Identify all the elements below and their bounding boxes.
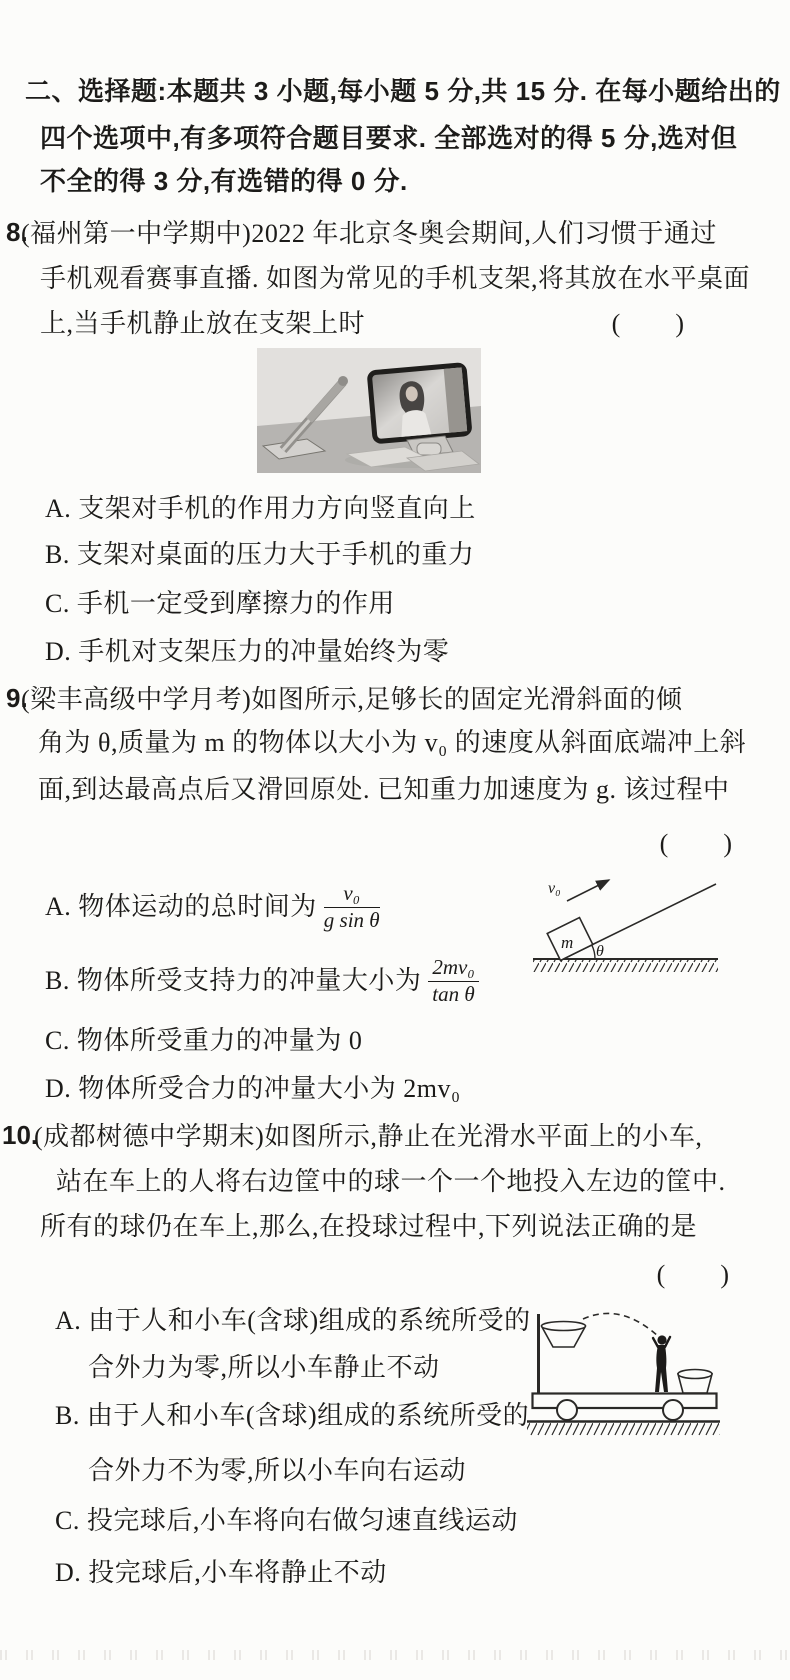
right-basket-rim: [678, 1370, 712, 1379]
q8-option-a-label: A.: [45, 494, 71, 524]
q10-option-a-label: A.: [55, 1306, 81, 1336]
q9-option-b-text: 物体所受支持力的冲量大小为: [77, 966, 422, 996]
q10-stem-line-3: 所有的球仍在车上,那么,在投球过程中,下列说法正确的是: [40, 1212, 697, 1242]
q10-option-a-text: 由于人和小车(含球)组成的系统所受的: [88, 1306, 530, 1336]
theta-arc: [592, 945, 595, 959]
q9-option-a-text: 物体运动的总时间为: [78, 892, 317, 922]
q10-option-a-text-2: 合外力为零,所以小车静止不动: [88, 1353, 440, 1383]
section-header-line-3: 不全的得 3 分,有选错的得 0 分.: [40, 167, 408, 197]
q8-option-d: D. 手机对支架压力的冲量始终为零: [45, 637, 449, 667]
q8-option-c-label: C.: [45, 589, 70, 619]
q8-stem-line-1: (福州第一中学期中)2022 年北京冬奥会期间,人们习惯于通过: [21, 219, 717, 249]
block-mass-label: m: [561, 933, 573, 952]
q9-option-b: B. 物体所受支持力的冲量大小为 2mv₀ tan θ: [45, 952, 479, 1010]
q9-option-d-label: D.: [45, 1074, 71, 1104]
v0-arrow: [567, 880, 609, 901]
q9-option-c-text: 物体所受重力的冲量为 0: [77, 1026, 363, 1056]
q10-option-c-text: 投完球后,小车将向右做匀速直线运动: [87, 1506, 518, 1536]
q9-option-d: D. 物体所受合力的冲量大小为 2mv₀: [45, 1074, 461, 1104]
q8-option-b-label: B.: [45, 540, 70, 570]
q9-option-c-label: C.: [45, 1026, 70, 1056]
q10-cart-figure: [523, 1306, 725, 1438]
q9-option-c: C. 物体所受重力的冲量为 0: [45, 1026, 362, 1056]
stand-hinge: [338, 376, 348, 386]
q8-phone-stand-photo: [257, 348, 481, 473]
right-basket: [678, 1374, 712, 1393]
person-arm-left: [653, 1338, 658, 1347]
q8-option-a-text: 支架对手机的作用力方向竖直向上: [78, 494, 476, 524]
q8-option-a: A. 支架对手机的作用力方向竖直向上: [45, 494, 476, 524]
left-basket-rim: [542, 1322, 586, 1331]
q8-option-c: C. 手机一定受到摩擦力的作用: [45, 589, 395, 619]
q10-option-b-line-2: 合外力不为零,所以小车向右运动: [88, 1456, 466, 1486]
q8-answer-bracket: ( ): [612, 309, 685, 339]
v0-label: v₀: [548, 880, 561, 897]
q10-stem-line-2: 站在车上的人将右边筐中的球一个一个地投入左边的筐中.: [56, 1167, 726, 1197]
q9-stem-line-3: 面,到达最高点后又滑回原处. 已知重力加速度为 g. 该过程中: [38, 775, 730, 805]
person-head: [657, 1335, 666, 1344]
q10-option-d-label: D.: [55, 1558, 81, 1588]
person-throwing: [653, 1335, 670, 1392]
q9-option-a-label: A.: [45, 892, 71, 922]
q10-option-a-line-1: A. 由于人和小车(含球)组成的系统所受的: [55, 1306, 531, 1336]
block: [547, 918, 593, 961]
cart-wheel-right: [663, 1400, 683, 1420]
q8-option-d-text: 手机对支架压力的冲量始终为零: [78, 637, 449, 667]
ground-hatch: [527, 1423, 720, 1436]
q9-incline-figure: m v₀ θ: [490, 855, 735, 973]
fraction-numerator: 2mv₀: [428, 956, 478, 982]
stand-roller: [417, 443, 441, 455]
q10-option-b-text: 由于人和小车(含球)组成的系统所受的: [87, 1401, 529, 1431]
exam-page: { "colors": { "ink": "#1c1b19", "paper":…: [0, 0, 790, 1680]
q10-option-b-line-1: B. 由于人和小车(含球)组成的系统所受的: [55, 1401, 529, 1431]
q8-option-b: B. 支架对桌面的压力大于手机的重力: [45, 540, 474, 570]
left-basket-funnel: [542, 1327, 585, 1347]
q10-option-d: D. 投完球后,小车将静止不动: [55, 1558, 387, 1588]
cart-wheel-left: [557, 1400, 577, 1420]
ground-hatch: [533, 960, 718, 972]
q9-option-a-fraction: v₀ g sin θ: [324, 882, 380, 932]
q10-number: 10.: [2, 1121, 38, 1151]
q8-option-b-text: 支架对桌面的压力大于手机的重力: [77, 540, 475, 570]
fraction-denominator: g sin θ: [324, 908, 380, 933]
q10-stem-line-1: (成都树德中学期末)如图所示,静止在光滑水平面上的小车,: [34, 1122, 702, 1152]
q9-option-a: A. 物体运动的总时间为 v₀ g sin θ: [45, 878, 380, 936]
q9-stem-line-1: (梁丰高级中学月考)如图所示,足够长的固定光滑斜面的倾: [21, 685, 682, 715]
phone-stand-illustration: [257, 348, 481, 473]
q9-stem-line-2: 角为 θ,质量为 m 的物体以大小为 v₀ 的速度从斜面底端冲上斜: [38, 728, 746, 758]
bottom-page-edge-marks: [0, 1650, 790, 1660]
q10-option-a-line-2: 合外力为零,所以小车静止不动: [88, 1353, 440, 1383]
q10-option-b-text-2: 合外力不为零,所以小车向右运动: [88, 1456, 466, 1486]
q9-option-b-fraction: 2mv₀ tan θ: [428, 956, 478, 1006]
section-header-line-2: 四个选项中,有多项符合题目要求. 全部选对的得 5 分,选对但: [40, 124, 737, 154]
q10-option-b-label: B.: [55, 1401, 80, 1431]
q8-stem-line-2: 手机观看赛事直播. 如图为常见的手机支架,将其放在水平桌面: [40, 264, 750, 294]
cart-body: [533, 1394, 717, 1409]
incline-line: [563, 884, 716, 959]
q8-stem-line-3: 上,当手机静止放在支架上时: [40, 309, 365, 339]
phone: [367, 362, 473, 444]
fraction-numerator: v₀: [324, 882, 380, 908]
q9-option-b-label: B.: [45, 966, 70, 996]
q9-answer-bracket: ( ): [660, 829, 733, 859]
fraction-denominator: tan θ: [428, 982, 478, 1007]
ball-trajectory-dashed: [583, 1313, 659, 1337]
q8-option-d-label: D.: [45, 637, 71, 667]
q10-option-c: C. 投完球后,小车将向右做匀速直线运动: [55, 1506, 518, 1536]
person-arm-right: [665, 1337, 670, 1347]
person-body: [655, 1345, 668, 1392]
q10-answer-bracket: ( ): [657, 1260, 730, 1290]
q10-option-d-text: 投完球后,小车将静止不动: [88, 1558, 387, 1588]
q8-option-c-text: 手机一定受到摩擦力的作用: [77, 589, 395, 619]
section-header-line-1: 二、选择题:本题共 3 小题,每小题 5 分,共 15 分. 在每小题给出的: [25, 77, 781, 107]
q9-option-d-text: 物体所受合力的冲量大小为 2mv₀: [78, 1074, 460, 1104]
q10-option-c-label: C.: [55, 1506, 80, 1536]
theta-label: θ: [596, 943, 604, 960]
